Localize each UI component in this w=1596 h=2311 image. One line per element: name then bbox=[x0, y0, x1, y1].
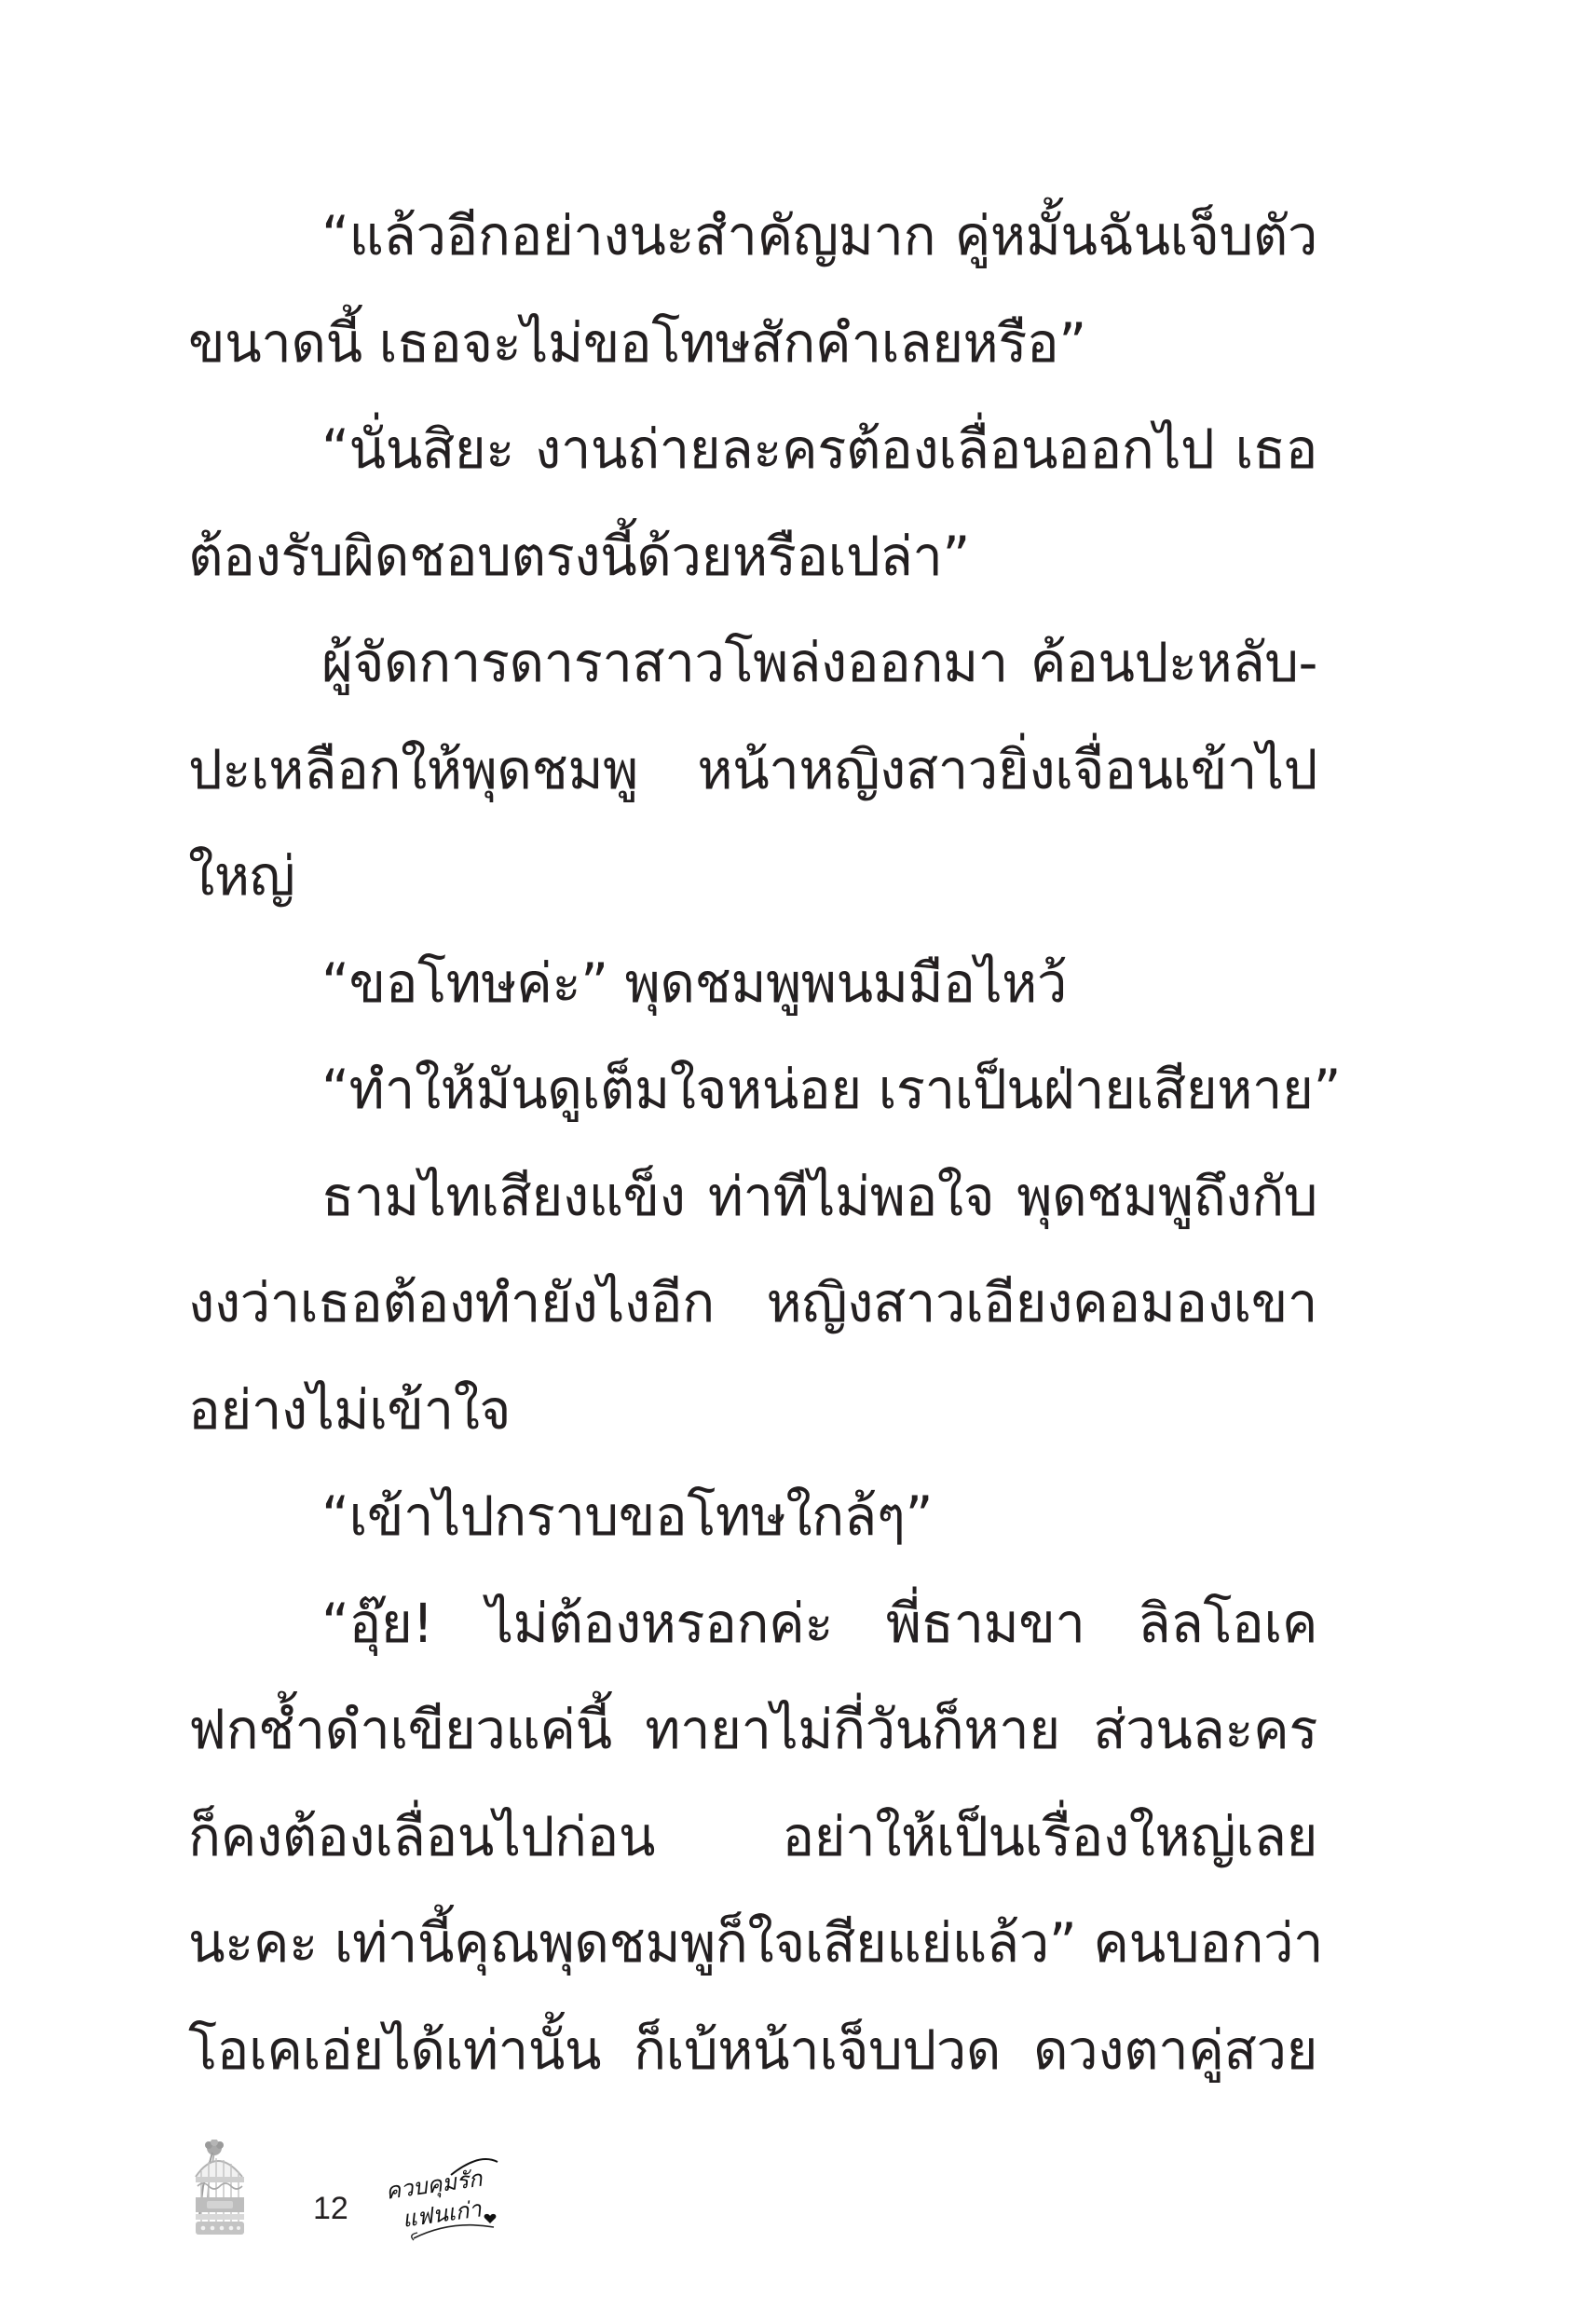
text-line-content: อย่างไม่เข้าใจ bbox=[188, 1357, 1317, 1464]
text-line-content: ขนาดนี้ เธอจะไม่ขอโทษสักคำเลยหรือ” bbox=[188, 290, 1317, 397]
text-line-content: ก็คงต้องเลื่อนไปก่อน อย่าให้เป็นเรื่องให… bbox=[188, 1784, 1317, 1891]
text-line-content: ปะเหลือกให้พุดชมพู หน้าหญิงสาวยิ่งเจื่อน… bbox=[188, 717, 1317, 824]
text-line-content: ฟกช้ำดำเขียวแค่นี้ ทายาไม่กี่วันก็หาย ส่… bbox=[188, 1676, 1317, 1784]
birdcage-icon bbox=[186, 2140, 248, 2240]
text-line: ผู้จัดการดาราสาวโพล่งออกมา ค้อนปะหลับ- bbox=[188, 609, 1317, 717]
text-line-content: “นั่นสิยะ งานถ่ายละครต้องเลื่อนออกไป เธอ bbox=[188, 396, 1317, 503]
text-line-content: “เข้าไปกราบขอโทษใกล้ๆ” bbox=[188, 1463, 1317, 1570]
text-line: โอเคเอ่ยได้เท่านั้น ก็เบ้หน้าเจ็บปวด ดวง… bbox=[188, 1997, 1317, 2104]
text-line-content: “อุ๊ย! ไม่ต้องหรอกค่ะ พี่ธามขา ลิลโอเค bbox=[188, 1570, 1317, 1677]
text-line-content: ผู้จัดการดาราสาวโพล่งออกมา ค้อนปะหลับ- bbox=[188, 609, 1317, 717]
text-line-content: ธามไทเสียงแข็ง ท่าทีไม่พอใจ พุดชมพูถึงกั… bbox=[188, 1143, 1317, 1251]
text-line: “ขอโทษค่ะ” พุดชมพูพนมมือไหว้ bbox=[188, 930, 1317, 1037]
text-line-content: “แล้วอีกอย่างนะสำคัญมาก คู่หมั้นฉันเจ็บต… bbox=[188, 183, 1317, 290]
text-line: ปะเหลือกให้พุดชมพู หน้าหญิงสาวยิ่งเจื่อน… bbox=[188, 717, 1317, 824]
text-line: นะคะ เท่านี้คุณพุดชมพูก็ใจเสียแย่แล้ว” ค… bbox=[188, 1890, 1317, 1997]
text-line: อย่างไม่เข้าใจ bbox=[188, 1357, 1317, 1464]
text-line-content: ใหญ่ bbox=[188, 823, 1317, 930]
text-line: “อุ๊ย! ไม่ต้องหรอกค่ะ พี่ธามขา ลิลโอเค bbox=[188, 1570, 1317, 1677]
text-line: “แล้วอีกอย่างนะสำคัญมาก คู่หมั้นฉันเจ็บต… bbox=[188, 183, 1317, 290]
text-line: “นั่นสิยะ งานถ่ายละครต้องเลื่อนออกไป เธอ bbox=[188, 396, 1317, 503]
text-line-content: โอเคเอ่ยได้เท่านั้น ก็เบ้หน้าเจ็บปวด ดวง… bbox=[188, 1997, 1317, 2104]
text-line: ขนาดนี้ เธอจะไม่ขอโทษสักคำเลยหรือ” bbox=[188, 290, 1317, 397]
text-line: งงว่าเธอต้องทำยังไงอีก หญิงสาวเอียงคอมอง… bbox=[188, 1250, 1317, 1357]
book-title-line1: ควบคุมรัก bbox=[383, 2160, 484, 2209]
text-line: ก็คงต้องเลื่อนไปก่อน อย่าให้เป็นเรื่องให… bbox=[188, 1784, 1317, 1891]
text-line: ใหญ่ bbox=[188, 823, 1317, 930]
book-title-logo: ควบคุมรัก แฟนเก่า bbox=[386, 2154, 501, 2248]
body-text: “แล้วอีกอย่างนะสำคัญมาก คู่หมั้นฉันเจ็บต… bbox=[188, 183, 1317, 2103]
text-line-content: นะคะ เท่านี้คุณพุดชมพูก็ใจเสียแย่แล้ว” ค… bbox=[188, 1890, 1317, 1997]
text-line: ต้องรับผิดชอบตรงนี้ด้วยหรือเปล่า” bbox=[188, 503, 1317, 610]
text-line: ฟกช้ำดำเขียวแค่นี้ ทายาไม่กี่วันก็หาย ส่… bbox=[188, 1676, 1317, 1784]
text-line-content: ต้องรับผิดชอบตรงนี้ด้วยหรือเปล่า” bbox=[188, 503, 1317, 610]
heart-icon bbox=[484, 2214, 497, 2223]
text-line-content: “ขอโทษค่ะ” พุดชมพูพนมมือไหว้ bbox=[188, 930, 1317, 1037]
text-line-content: “ทำให้มันดูเต็มใจหน่อย เราเป็นฝ่ายเสียหา… bbox=[188, 1036, 1317, 1143]
text-line: “เข้าไปกราบขอโทษใกล้ๆ” bbox=[188, 1463, 1317, 1570]
page-number: 12 bbox=[313, 2190, 348, 2227]
book-page: “แล้วอีกอย่างนะสำคัญมาก คู่หมั้นฉันเจ็บต… bbox=[0, 0, 1596, 2311]
book-title-line2: แฟนเก่า bbox=[400, 2190, 484, 2236]
text-line: ธามไทเสียงแข็ง ท่าทีไม่พอใจ พุดชมพูถึงกั… bbox=[188, 1143, 1317, 1251]
text-line: “ทำให้มันดูเต็มใจหน่อย เราเป็นฝ่ายเสียหา… bbox=[188, 1036, 1317, 1143]
text-line-content: งงว่าเธอต้องทำยังไงอีก หญิงสาวเอียงคอมอง… bbox=[188, 1250, 1317, 1357]
